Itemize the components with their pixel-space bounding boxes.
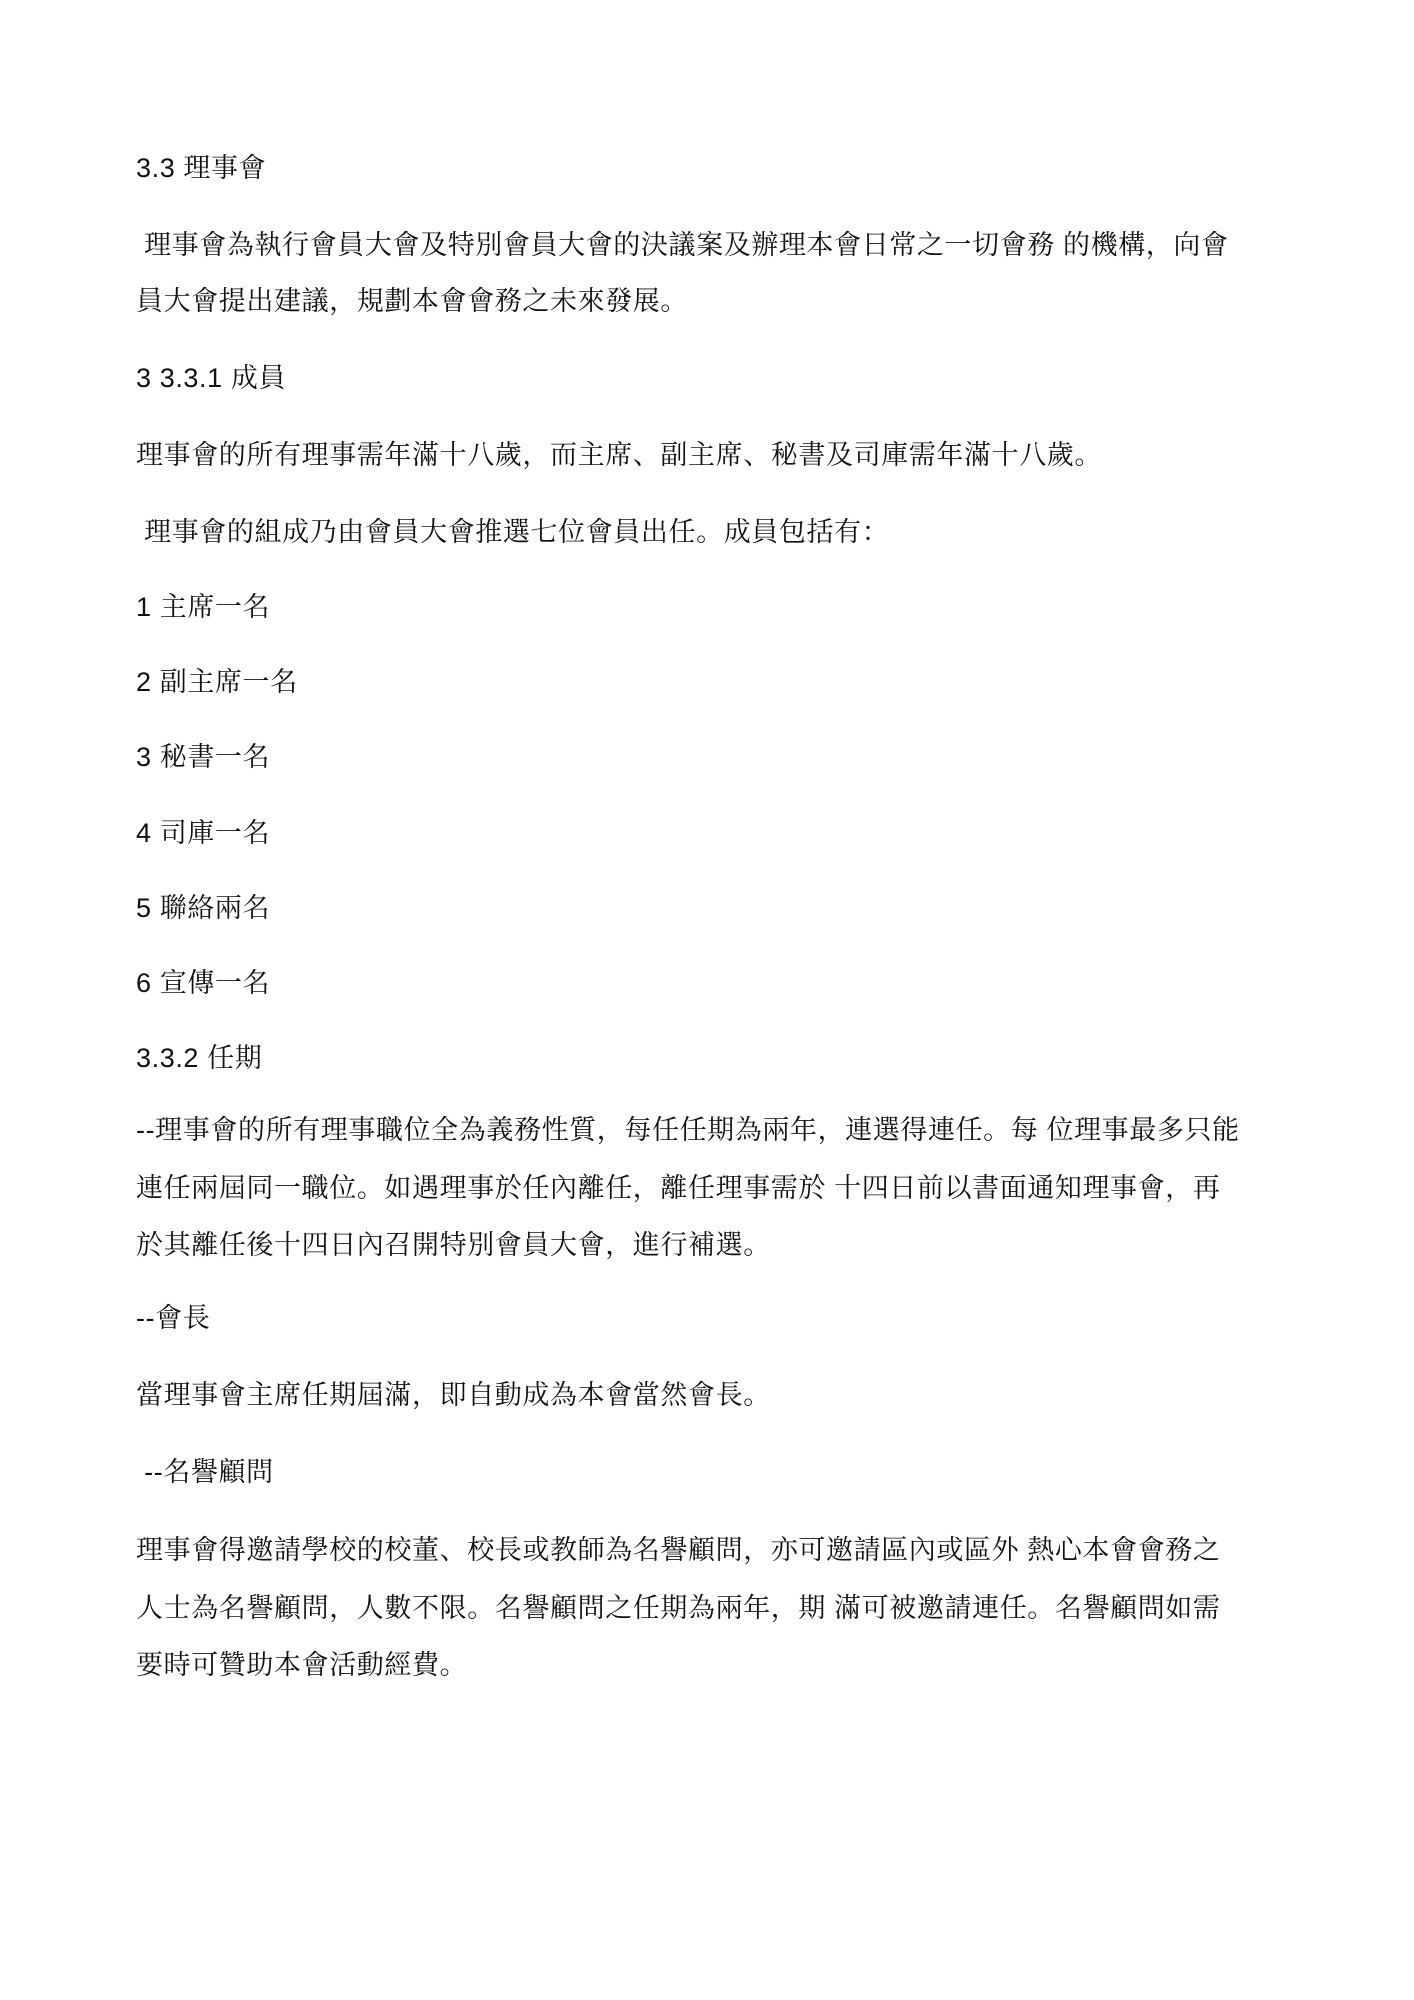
- term-paragraph-line-3: 於其離任後十四日內召開特別會員大會，進行補選。: [136, 1227, 771, 1263]
- intro-paragraph-line-2: 員大會提出建議，規劃本會會務之未來發展。: [136, 283, 688, 319]
- term-paragraph-line-2: 連任兩屆同一職位。如遇理事於任內離任，離任理事需於 十四日前以書面通知理事會，再: [136, 1170, 1221, 1206]
- intro-paragraph-line-1: 理事會為執行會員大會及特別會員大會的決議案及辦理本會日常之一切會務 的機構，向會: [136, 227, 1229, 263]
- advisor-paragraph-line-3: 要時可贊助本會活動經費。: [136, 1647, 467, 1683]
- member-item-2: 2 副主席一名: [136, 664, 298, 700]
- advisor-heading: --名譽顧問: [136, 1454, 274, 1490]
- member-item-3: 3 秘書一名: [136, 739, 270, 775]
- member-item-6: 6 宣傳一名: [136, 965, 270, 1001]
- president-heading: --會長: [136, 1300, 210, 1336]
- section-heading-3-3-2: 3.3.2 任期: [136, 1040, 262, 1076]
- advisor-paragraph-line-2: 人士為名譽顧問，人數不限。名譽顧問之任期為兩年，期 滿可被邀請連任。名譽顧問如需: [136, 1590, 1221, 1626]
- section-heading-3-3-1: 3 3.3.1 成員: [136, 360, 286, 396]
- member-item-4: 4 司庫一名: [136, 815, 270, 851]
- president-text: 當理事會主席任期屆滿，即自動成為本會當然會長。: [136, 1377, 771, 1413]
- composition-text: 理事會的組成乃由會員大會推選七位會員出任。成員包括有：: [136, 514, 889, 550]
- term-paragraph-line-1: --理事會的所有理事職位全為義務性質，每任任期為兩年，連選得連任。每 位理事最多…: [136, 1112, 1240, 1148]
- section-heading-3-3: 3.3 理事會: [136, 150, 266, 186]
- age-requirement-text: 理事會的所有理事需年滿十八歲，而主席、副主席、秘書及司庫需年滿十八歲。: [136, 437, 1102, 473]
- member-item-1: 1 主席一名: [136, 589, 270, 625]
- member-item-5: 5 聯絡兩名: [136, 890, 270, 926]
- advisor-paragraph-line-1: 理事會得邀請學校的校董、校長或教師為名譽顧問，亦可邀請區內或區外 熱心本會會務之: [136, 1532, 1221, 1568]
